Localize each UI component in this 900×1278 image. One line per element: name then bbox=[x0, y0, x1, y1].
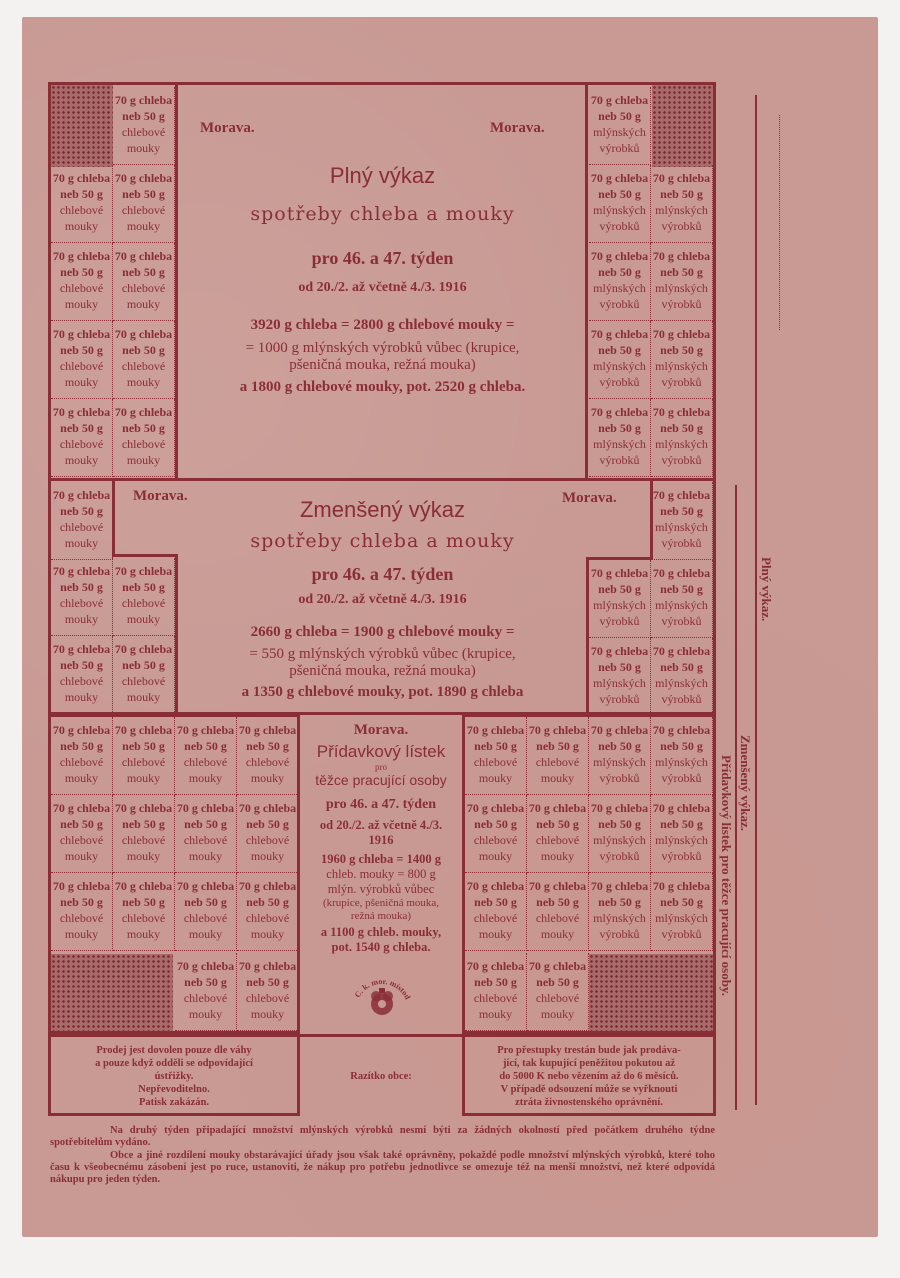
coupon-text-line: 70 g chleba bbox=[651, 404, 712, 420]
coupon-text-line: chlebové bbox=[113, 595, 174, 611]
coupon-text-line: 70 g chleba bbox=[51, 170, 112, 186]
coupon-text-line: neb 50 g bbox=[113, 579, 174, 595]
ration-coupon[interactable]: 70 g chlebaneb 50 gchlebovémouky bbox=[51, 399, 113, 477]
ration-coupon[interactable]: 70 g chlebaneb 50 gchlebovémouky bbox=[237, 795, 299, 873]
coupon-text-line: neb 50 g bbox=[589, 420, 650, 436]
coupon-text-line: neb 50 g bbox=[113, 816, 174, 832]
coupon-text-line: chlebové bbox=[527, 832, 588, 848]
coupon-text-line: neb 50 g bbox=[113, 186, 174, 202]
coupon-text-line: neb 50 g bbox=[527, 816, 588, 832]
ration-coupon[interactable]: 70 g chlebaneb 50 gchlebovémouky bbox=[237, 873, 299, 951]
coupon-text-line: 70 g chleba bbox=[465, 878, 526, 894]
coupon-text-line: mlýnských bbox=[651, 202, 712, 218]
coupon-text-line: výrobků bbox=[651, 535, 712, 551]
coupon-text-line: mlýnských bbox=[589, 832, 650, 848]
coupon-text-line: mouky bbox=[237, 848, 298, 864]
coupon-text-line: mouky bbox=[113, 611, 174, 627]
coupon-text-line: mouky bbox=[237, 1006, 298, 1022]
coupon-text-line: 70 g chleba bbox=[113, 641, 174, 657]
ration-coupon[interactable]: 70 g chlebaneb 50 gchlebovémouky bbox=[51, 873, 113, 951]
coupon-text-line: neb 50 g bbox=[651, 503, 712, 519]
coupon-text-line: výrobků bbox=[589, 926, 650, 942]
ration-coupon[interactable]: 70 g chlebaneb 50 gmlýnskýchvýrobků bbox=[589, 87, 651, 165]
coupon-text-line: mouky bbox=[51, 452, 112, 468]
ration-coupon[interactable]: 70 g chlebaneb 50 gchlebovémouky bbox=[51, 165, 113, 243]
coupon-text-line: mouky bbox=[465, 926, 526, 942]
coupon-text-line: 70 g chleba bbox=[589, 878, 650, 894]
notice-left-line-3: ústřižky. bbox=[52, 1070, 296, 1084]
coupon-text-line: neb 50 g bbox=[51, 420, 112, 436]
ration-coupon[interactable]: 70 g chlebaneb 50 gchlebovémouky bbox=[175, 795, 237, 873]
coupon-text-line: mouky bbox=[237, 770, 298, 786]
coupon-text-line: mouky bbox=[465, 770, 526, 786]
coupon-text-line: mouky bbox=[113, 374, 174, 390]
coupon-text-line: neb 50 g bbox=[589, 264, 650, 280]
supp-dates: od 20./2. až včetně 4./3. 1916 bbox=[306, 818, 456, 848]
bracket-supp bbox=[714, 720, 716, 1115]
coupon-text-line: mlýnských bbox=[651, 754, 712, 770]
ration-coupon[interactable]: 70 g chlebaneb 50 gchlebovémouky bbox=[465, 717, 527, 795]
supp-line-4: (krupice, pšeničná mouka, bbox=[300, 897, 462, 909]
coupon-text-line: 70 g chleba bbox=[465, 800, 526, 816]
coupon-text-line: neb 50 g bbox=[465, 738, 526, 754]
coupon-text-line: mlýnských bbox=[589, 754, 650, 770]
coupon-text-line: 70 g chleba bbox=[175, 800, 236, 816]
reduced-subtitle: spotřeby chleba a mouky bbox=[180, 530, 585, 552]
coupon-text-line: chlebové bbox=[527, 990, 588, 1006]
coupon-text-line: výrobků bbox=[589, 296, 650, 312]
coupon-text-line: výrobků bbox=[651, 691, 712, 707]
coupon-text-line: mouky bbox=[51, 926, 112, 942]
coupon-text-line: mlýnských bbox=[589, 675, 650, 691]
coupon-text-line: chlebové bbox=[465, 754, 526, 770]
coupon-text-line: 70 g chleba bbox=[51, 248, 112, 264]
ration-coupon[interactable]: 70 g chlebaneb 50 gmlýnskýchvýrobků bbox=[589, 321, 651, 399]
coupon-text-line: 70 g chleba bbox=[113, 722, 174, 738]
coupon-text-line: mlýnských bbox=[589, 202, 650, 218]
coupon-text-line: 70 g chleba bbox=[651, 722, 712, 738]
coupon-text-line: výrobků bbox=[651, 770, 712, 786]
full-subtitle: spotřeby chleba a mouky bbox=[180, 203, 585, 225]
perforation-line bbox=[779, 115, 780, 330]
coupon-text-line: chlebové bbox=[113, 832, 174, 848]
coupon-text-line: mlýnských bbox=[589, 124, 650, 140]
coupon-text-line: chlebové bbox=[113, 754, 174, 770]
ration-coupon[interactable]: 70 g chlebaneb 50 gchlebovémouky bbox=[113, 399, 175, 477]
supp-pre: pro bbox=[300, 762, 462, 772]
coupon-text-line: neb 50 g bbox=[237, 738, 298, 754]
coupon-text-line: 70 g chleba bbox=[113, 404, 174, 420]
ration-coupon[interactable]: 70 g chlebaneb 50 gchlebovémouky bbox=[113, 321, 175, 399]
supp-line-6: a 1100 g chleb. mouky, bbox=[300, 925, 462, 940]
coupon-text-line: výrobků bbox=[589, 452, 650, 468]
coupon-text-line: chlebové bbox=[51, 673, 112, 689]
coupon-text-line: výrobků bbox=[651, 848, 712, 864]
coupon-text-line: 70 g chleba bbox=[589, 643, 650, 659]
coupon-text-line: neb 50 g bbox=[175, 974, 236, 990]
ration-coupon[interactable]: 70 g chlebaneb 50 gmlýnskýchvýrobků bbox=[651, 638, 713, 716]
coupon-text-line: 70 g chleba bbox=[237, 958, 298, 974]
notice-left-line-2: a pouze když odděli se odpovídající bbox=[52, 1057, 296, 1071]
coupon-text-line: neb 50 g bbox=[651, 342, 712, 358]
ration-coupon[interactable]: 70 g chlebaneb 50 gmlýnskýchvýrobků bbox=[651, 795, 713, 873]
supp-line-1: 1960 g chleba = 1400 g bbox=[300, 852, 462, 867]
notice-left-line-5: Patisk zakázán. bbox=[52, 1096, 296, 1110]
coupon-text-line: chlebové bbox=[51, 280, 112, 296]
coupon-text-line: 70 g chleba bbox=[651, 800, 712, 816]
supp-title: Přídavkový lístek bbox=[300, 742, 462, 762]
ration-coupon[interactable]: 70 g chlebaneb 50 gchlebovémouky bbox=[465, 953, 527, 1031]
coupon-text-line: chlebové bbox=[113, 436, 174, 452]
footer-paragraph-2: Obce a jiné rozdílení mouky obstarávajíc… bbox=[50, 1150, 715, 1186]
ration-coupon[interactable]: 70 g chlebaneb 50 gmlýnskýchvýrobků bbox=[651, 321, 713, 399]
coupon-text-line: neb 50 g bbox=[51, 503, 112, 519]
coupon-text-line: výrobků bbox=[589, 374, 650, 390]
coupon-text-line: neb 50 g bbox=[113, 342, 174, 358]
coupon-text-line: mlýnských bbox=[651, 910, 712, 926]
coupon-text-line: neb 50 g bbox=[465, 816, 526, 832]
coupon-text-line: 70 g chleba bbox=[113, 92, 174, 108]
notice-right-line-5: ztráta živnostenského oprávnění. bbox=[466, 1096, 712, 1110]
coupon-text-line: mlýnských bbox=[651, 597, 712, 613]
coupon-text-line: neb 50 g bbox=[527, 974, 588, 990]
coupon-text-line: neb 50 g bbox=[51, 816, 112, 832]
ration-coupon[interactable]: 70 g chlebaneb 50 gchlebovémouky bbox=[113, 795, 175, 873]
ration-coupon[interactable]: 70 g chlebaneb 50 gchlebovémouky bbox=[527, 873, 589, 951]
coupon-text-line: výrobků bbox=[651, 374, 712, 390]
coupon-text-line: chlebové bbox=[465, 832, 526, 848]
coupon-text-line: mlýnských bbox=[589, 910, 650, 926]
coupon-text-line: 70 g chleba bbox=[651, 878, 712, 894]
coupon-text-line: chlebové bbox=[113, 124, 174, 140]
coupon-text-line: neb 50 g bbox=[175, 894, 236, 910]
coupon-text-line: mouky bbox=[465, 1006, 526, 1022]
coupon-text-line: mouky bbox=[113, 218, 174, 234]
coupon-text-line: chlebové bbox=[237, 832, 298, 848]
ration-coupon[interactable]: 70 g chlebaneb 50 gchlebovémouky bbox=[113, 243, 175, 321]
coupon-text-line: mlýnských bbox=[651, 358, 712, 374]
full-dates: od 20./2. až včetně 4./3. 1916 bbox=[180, 280, 585, 296]
hatched-corner-top-right bbox=[652, 85, 713, 167]
coupon-text-line: 70 g chleba bbox=[51, 641, 112, 657]
coupon-text-line: 70 g chleba bbox=[589, 722, 650, 738]
coupon-text-line: výrobků bbox=[589, 770, 650, 786]
coupon-text-line: výrobků bbox=[651, 296, 712, 312]
coupon-text-line: neb 50 g bbox=[589, 816, 650, 832]
coupon-text-line: chlebové bbox=[51, 910, 112, 926]
supp-line-7: pot. 1540 g chleba. bbox=[300, 940, 462, 955]
coupon-text-line: mouky bbox=[527, 926, 588, 942]
ration-coupon[interactable]: 70 g chlebaneb 50 gmlýnskýchvýrobků bbox=[589, 560, 651, 638]
coupon-text-line: chlebové bbox=[113, 202, 174, 218]
ration-coupon[interactable]: 70 g chlebaneb 50 gmlýnskýchvýrobků bbox=[651, 243, 713, 321]
mid-panel-edge bbox=[112, 554, 177, 557]
ration-coupon[interactable]: 70 g chlebaneb 50 gchlebovémouky bbox=[175, 717, 237, 795]
coupon-text-line: 70 g chleba bbox=[589, 326, 650, 342]
coupon-text-line: mouky bbox=[51, 218, 112, 234]
supp-line-5: režná mouka) bbox=[300, 910, 462, 922]
notice-left-line-1: Prodej jest dovolen pouze dle váhy bbox=[52, 1044, 296, 1058]
coupon-text-line: výrobků bbox=[651, 218, 712, 234]
coupon-text-line: neb 50 g bbox=[113, 264, 174, 280]
coupon-text-line: neb 50 g bbox=[113, 657, 174, 673]
coupon-text-line: mouky bbox=[175, 770, 236, 786]
coupon-text-line: 70 g chleba bbox=[51, 722, 112, 738]
coupon-text-line: 70 g chleba bbox=[651, 643, 712, 659]
coupon-text-line: chlebové bbox=[113, 358, 174, 374]
coupon-text-line: mouky bbox=[51, 770, 112, 786]
coupon-text-line: mouky bbox=[175, 1006, 236, 1022]
coupon-text-line: 70 g chleba bbox=[589, 248, 650, 264]
coupon-text-line: 70 g chleba bbox=[113, 326, 174, 342]
coupon-text-line: 70 g chleba bbox=[589, 170, 650, 186]
ration-coupon[interactable]: 70 g chlebaneb 50 gmlýnskýchvýrobků bbox=[589, 638, 651, 716]
coupon-text-line: neb 50 g bbox=[651, 420, 712, 436]
coupon-text-line: chlebové bbox=[175, 832, 236, 848]
coupon-text-line: chlebové bbox=[237, 910, 298, 926]
coupon-text-line: neb 50 g bbox=[589, 659, 650, 675]
ration-coupon[interactable]: 70 g chlebaneb 50 gchlebovémouky bbox=[527, 953, 589, 1031]
coupon-text-line: chlebové bbox=[51, 519, 112, 535]
coupon-text-line: mouky bbox=[51, 848, 112, 864]
notice-right-line-4: V případě odsouzení může se vyřknouti bbox=[466, 1083, 712, 1097]
coupon-text-line: mouky bbox=[175, 926, 236, 942]
ration-coupon[interactable]: 70 g chlebaneb 50 gchlebovémouky bbox=[51, 321, 113, 399]
coupon-text-line: chlebové bbox=[527, 910, 588, 926]
coupon-text-line: 70 g chleba bbox=[465, 722, 526, 738]
reduced-title: Zmenšený výkaz bbox=[180, 497, 585, 523]
coupon-text-line: neb 50 g bbox=[175, 738, 236, 754]
ration-coupon[interactable]: 70 g chlebaneb 50 gmlýnskýchvýrobků bbox=[589, 717, 651, 795]
coupon-text-line: neb 50 g bbox=[651, 816, 712, 832]
coupon-text-line: 70 g chleba bbox=[465, 958, 526, 974]
ration-coupon[interactable]: 70 g chlebaneb 50 gchlebovémouky bbox=[527, 795, 589, 873]
coupon-text-line: mouky bbox=[51, 374, 112, 390]
coupon-text-line: neb 50 g bbox=[51, 894, 112, 910]
reduced-weeks: pro 46. a 47. týden bbox=[180, 564, 585, 585]
ration-coupon[interactable]: 70 g chlebaneb 50 gchlebovémouky bbox=[113, 717, 175, 795]
hatched-corner-top-left bbox=[51, 85, 113, 167]
coupon-text-line: 70 g chleba bbox=[589, 565, 650, 581]
coupon-text-line: chlebové bbox=[51, 832, 112, 848]
coupon-text-line: neb 50 g bbox=[51, 738, 112, 754]
coupon-text-line: mouky bbox=[465, 848, 526, 864]
ration-coupon[interactable]: 70 g chlebaneb 50 gchlebovémouky bbox=[237, 717, 299, 795]
coupon-text-line: mouky bbox=[113, 926, 174, 942]
ration-coupon[interactable]: 70 g chlebaneb 50 gmlýnskýchvýrobků bbox=[589, 399, 651, 477]
coupon-text-line: 70 g chleba bbox=[589, 404, 650, 420]
coupon-text-line: neb 50 g bbox=[651, 186, 712, 202]
coupon-text-line: chlebové bbox=[113, 280, 174, 296]
ration-coupon[interactable]: 70 g chlebaneb 50 gmlýnskýchvýrobků bbox=[589, 243, 651, 321]
coupon-text-line: neb 50 g bbox=[237, 894, 298, 910]
coupon-text-line: neb 50 g bbox=[651, 264, 712, 280]
notice-right-line-3: do 5000 K nebo vězením až do 6 měsíců. bbox=[466, 1070, 712, 1084]
ration-coupon[interactable]: 70 g chlebaneb 50 gchlebovémouky bbox=[113, 165, 175, 243]
coupon-text-line: neb 50 g bbox=[589, 342, 650, 358]
coupon-text-line: 70 g chleba bbox=[589, 800, 650, 816]
full-title: Plný výkaz bbox=[180, 163, 585, 189]
hatched-block-bottom-left bbox=[51, 954, 173, 1031]
ration-coupon[interactable]: 70 g chlebaneb 50 gchlebovémouky bbox=[51, 482, 113, 560]
coupon-text-line: 70 g chleba bbox=[51, 878, 112, 894]
ration-coupon[interactable]: 70 g chlebaneb 50 gchlebovémouky bbox=[465, 873, 527, 951]
coupon-text-line: 70 g chleba bbox=[113, 878, 174, 894]
coupon-text-line: výrobků bbox=[651, 452, 712, 468]
coupon-text-line: 70 g chleba bbox=[651, 248, 712, 264]
coupon-text-line: 70 g chleba bbox=[651, 170, 712, 186]
coupon-text-line: 70 g chleba bbox=[51, 487, 112, 503]
ration-coupon[interactable]: 70 g chlebaneb 50 gchlebovémouky bbox=[527, 717, 589, 795]
ration-coupon[interactable]: 70 g chlebaneb 50 gmlýnskýchvýrobků bbox=[651, 165, 713, 243]
ration-coupon[interactable]: 70 g chlebaneb 50 gchlebovémouky bbox=[51, 558, 113, 636]
coupon-text-line: mouky bbox=[527, 770, 588, 786]
coupon-text-line: výrobků bbox=[589, 691, 650, 707]
coupon-text-line: 70 g chleba bbox=[527, 878, 588, 894]
side-label-full: Plný výkaz. bbox=[758, 557, 774, 621]
coupon-text-line: výrobků bbox=[651, 613, 712, 629]
coupon-text-line: výrobků bbox=[651, 926, 712, 942]
ration-coupon[interactable]: 70 g chlebaneb 50 gmlýnskýchvýrobků bbox=[651, 717, 713, 795]
coupon-text-line: mlýnských bbox=[589, 280, 650, 296]
bracket-full bbox=[755, 95, 757, 1105]
coupon-text-line: 70 g chleba bbox=[237, 800, 298, 816]
ration-coupon[interactable]: 70 g chlebaneb 50 gmlýnskýchvýrobků bbox=[651, 560, 713, 638]
coupon-text-line: mlýnských bbox=[651, 675, 712, 691]
supp-line-3: mlýn. výrobků vůbec bbox=[300, 882, 462, 897]
coupon-text-line: neb 50 g bbox=[113, 738, 174, 754]
ration-coupon[interactable]: 70 g chlebaneb 50 gchlebovémouky bbox=[51, 636, 113, 714]
ration-coupon[interactable]: 70 g chlebaneb 50 gchlebovémouky bbox=[113, 558, 175, 636]
coupon-text-line: neb 50 g bbox=[651, 738, 712, 754]
coupon-text-line: chlebové bbox=[465, 990, 526, 1006]
coupon-text-line: chlebové bbox=[51, 436, 112, 452]
full-line-1: 3920 g chleba = 2800 g chlebové mouky = bbox=[180, 316, 585, 335]
coupon-text-line: 70 g chleba bbox=[113, 248, 174, 264]
supp-weeks: pro 46. a 47. týden bbox=[300, 797, 462, 813]
coupon-text-line: 70 g chleba bbox=[527, 958, 588, 974]
full-line-4: a 1800 g chlebové mouky, pot. 2520 g chl… bbox=[180, 378, 585, 397]
coupon-text-line: neb 50 g bbox=[113, 420, 174, 436]
ration-coupon[interactable]: 70 g chlebaneb 50 gchlebovémouky bbox=[113, 873, 175, 951]
coupon-text-line: neb 50 g bbox=[51, 186, 112, 202]
coupon-text-line: neb 50 g bbox=[589, 186, 650, 202]
coupon-text-line: neb 50 g bbox=[51, 579, 112, 595]
ration-coupon[interactable]: 70 g chlebaneb 50 gchlebovémouky bbox=[113, 87, 175, 165]
ration-coupon[interactable]: 70 g chlebaneb 50 gmlýnskýchvýrobků bbox=[651, 873, 713, 951]
coupon-text-line: chlebové bbox=[237, 754, 298, 770]
ration-coupon[interactable]: 70 g chlebaneb 50 gmlýnskýchvýrobků bbox=[589, 873, 651, 951]
coupon-text-line: 70 g chleba bbox=[51, 404, 112, 420]
coupon-text-line: neb 50 g bbox=[589, 894, 650, 910]
ration-coupon[interactable]: 70 g chlebaneb 50 gchlebovémouky bbox=[51, 795, 113, 873]
coupon-text-line: mlýnských bbox=[651, 436, 712, 452]
coupon-text-line: neb 50 g bbox=[589, 108, 650, 124]
ration-coupon[interactable]: 70 g chlebaneb 50 gchlebovémouky bbox=[465, 795, 527, 873]
coupon-text-line: 70 g chleba bbox=[51, 800, 112, 816]
coupon-text-line: chlebové bbox=[175, 990, 236, 1006]
ration-coupon[interactable]: 70 g chlebaneb 50 gmlýnskýchvýrobků bbox=[651, 482, 713, 560]
coupon-text-line: výrobků bbox=[589, 140, 650, 156]
coupon-text-line: mouky bbox=[51, 611, 112, 627]
coupon-text-line: 70 g chleba bbox=[113, 563, 174, 579]
ration-coupon[interactable]: 70 g chlebaneb 50 gmlýnskýchvýrobků bbox=[589, 165, 651, 243]
ration-coupon[interactable]: 70 g chlebaneb 50 gchlebovémouky bbox=[237, 953, 299, 1031]
notice-left-line-4: Nepřevoditelno. bbox=[52, 1083, 296, 1097]
coupon-text-line: 70 g chleba bbox=[237, 722, 298, 738]
coupon-text-line: 70 g chleba bbox=[651, 565, 712, 581]
coupon-text-line: neb 50 g bbox=[651, 581, 712, 597]
coupon-text-line: mouky bbox=[51, 689, 112, 705]
coupon-text-line: neb 50 g bbox=[113, 108, 174, 124]
coupon-text-line: chlebové bbox=[51, 595, 112, 611]
coupon-text-line: 70 g chleba bbox=[527, 722, 588, 738]
coupon-text-line: chlebové bbox=[175, 910, 236, 926]
ration-coupon[interactable]: 70 g chlebaneb 50 gmlýnskýchvýrobků bbox=[589, 795, 651, 873]
ration-coupon[interactable]: 70 g chlebaneb 50 gchlebovémouky bbox=[175, 873, 237, 951]
coupon-text-line: chlebové bbox=[527, 754, 588, 770]
coupon-text-line: chlebové bbox=[113, 910, 174, 926]
coupon-text-line: mouky bbox=[51, 296, 112, 312]
supp-target: těžce pracující osoby bbox=[300, 772, 462, 788]
reduced-line-4: a 1350 g chlebové mouky, pot. 1890 g chl… bbox=[180, 683, 585, 702]
reduced-line-3: pšeničná mouka, režná mouka) bbox=[180, 662, 585, 681]
coupon-text-line: 70 g chleba bbox=[175, 878, 236, 894]
coupon-text-line: neb 50 g bbox=[589, 581, 650, 597]
coupon-text-line: neb 50 g bbox=[113, 894, 174, 910]
ration-coupon[interactable]: 70 g chlebaneb 50 gchlebovémouky bbox=[51, 717, 113, 795]
coupon-text-line: chlebové bbox=[465, 910, 526, 926]
coupon-text-line: mouky bbox=[175, 848, 236, 864]
coupon-text-line: neb 50 g bbox=[51, 342, 112, 358]
coupon-text-line: mouky bbox=[527, 1006, 588, 1022]
hatched-block-bottom-right bbox=[589, 954, 713, 1031]
coupon-text-line: neb 50 g bbox=[465, 894, 526, 910]
full-region-right: Morava. bbox=[490, 120, 570, 137]
footer-paragraph-1: Na druhý týden připadající množství mlýn… bbox=[50, 1125, 715, 1149]
coupon-text-line: chlebové bbox=[51, 358, 112, 374]
coupon-text-line: 70 g chleba bbox=[237, 878, 298, 894]
divider-top bbox=[48, 478, 716, 481]
side-label-reduced: Zmenšený výkaz. bbox=[737, 735, 753, 831]
ration-coupon[interactable]: 70 g chlebaneb 50 gchlebovémouky bbox=[175, 953, 237, 1031]
coupon-text-line: neb 50 g bbox=[237, 974, 298, 990]
notice-right-line-1: Pro přestupky trestán bude jak prodáva- bbox=[466, 1044, 712, 1058]
coupon-text-line: mlýnských bbox=[589, 358, 650, 374]
coupon-text-line: 70 g chleba bbox=[113, 800, 174, 816]
ration-coupon[interactable]: 70 g chlebaneb 50 gchlebovémouky bbox=[113, 636, 175, 714]
stamp-label: Razítko obce: bbox=[300, 1070, 462, 1084]
coupon-text-line: výrobků bbox=[589, 848, 650, 864]
full-line-3: pšeničná mouka, režná mouka) bbox=[180, 356, 585, 375]
coupon-text-line: 70 g chleba bbox=[651, 326, 712, 342]
coupon-text-line: mlýnských bbox=[589, 597, 650, 613]
ration-coupon[interactable]: 70 g chlebaneb 50 gmlýnskýchvýrobků bbox=[651, 399, 713, 477]
coupon-text-line: mouky bbox=[113, 848, 174, 864]
coupon-text-line: chlebové bbox=[237, 990, 298, 1006]
coupon-text-line: mlýnských bbox=[651, 832, 712, 848]
coupon-text-line: mouky bbox=[237, 926, 298, 942]
coupon-text-line: neb 50 g bbox=[51, 657, 112, 673]
coupon-text-line: 70 g chleba bbox=[651, 487, 712, 503]
coupon-text-line: neb 50 g bbox=[465, 974, 526, 990]
coupon-text-line: mouky bbox=[113, 770, 174, 786]
coupon-text-line: chlebové bbox=[51, 202, 112, 218]
imperial-eagle-seal-icon: C. k. mor. místodržitelství bbox=[350, 960, 414, 1024]
coupon-text-line: 70 g chleba bbox=[589, 92, 650, 108]
coupon-text-line: neb 50 g bbox=[589, 738, 650, 754]
ration-coupon[interactable]: 70 g chlebaneb 50 gchlebovémouky bbox=[51, 243, 113, 321]
